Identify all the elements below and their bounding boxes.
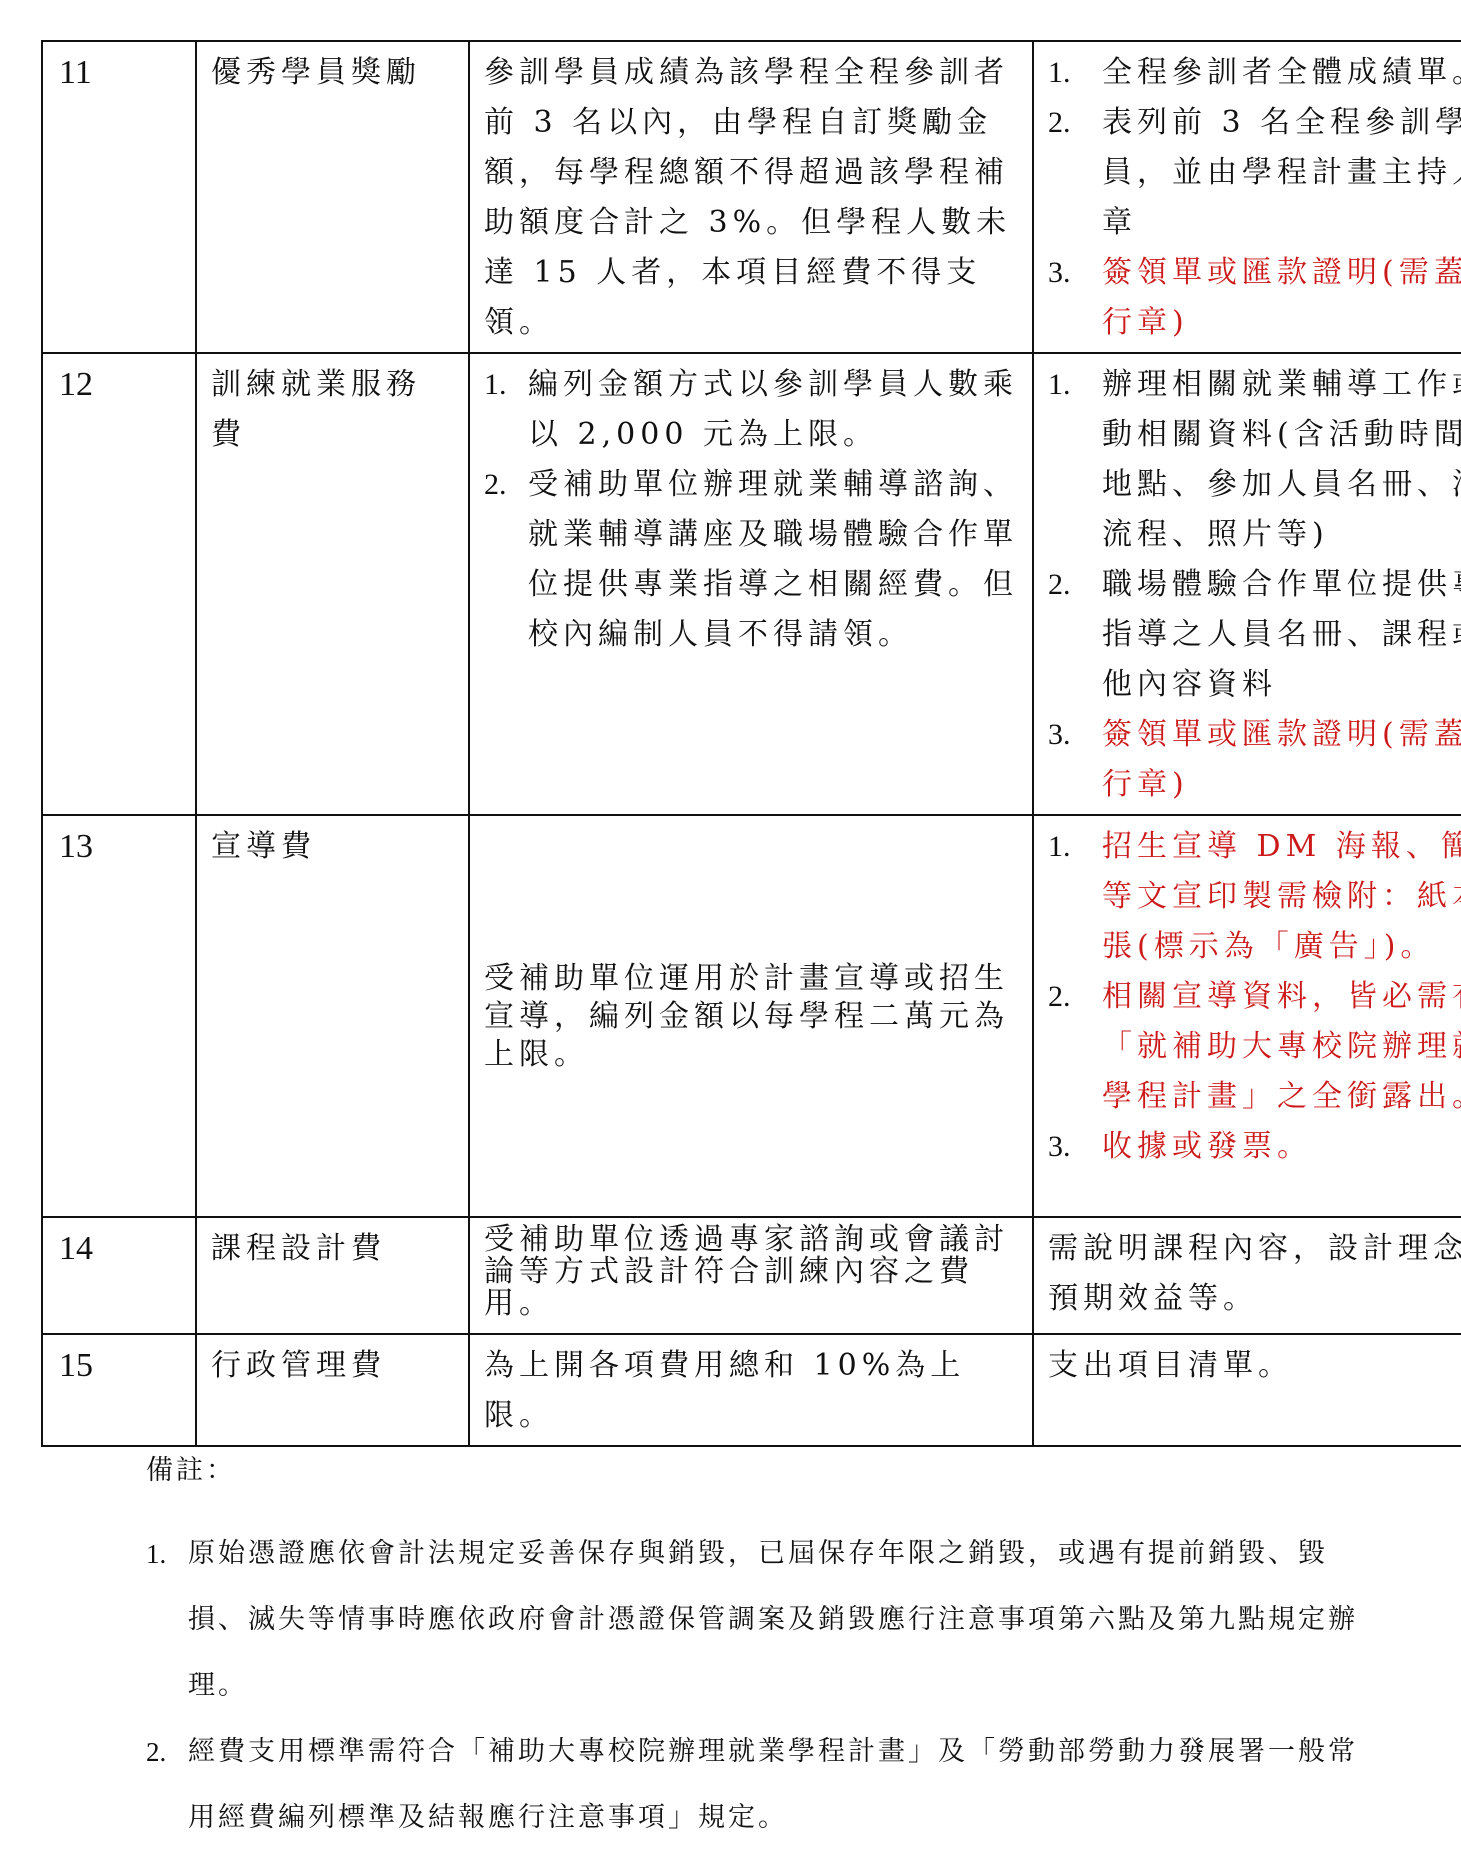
notes-title: 備註： bbox=[146, 1448, 1386, 1487]
item-name: 行政管理費 bbox=[196, 1334, 469, 1446]
document-item: 3.收據或發票。 bbox=[1048, 1122, 1461, 1172]
description-item: 2.受補助單位辦理就業輔導諮詢、就業輔導講座及職場體驗合作單位提供專業指導之相關… bbox=[484, 460, 1018, 660]
item-description: 1.編列金額方式以參訓學員人數乘以 2,000 元為上限。 2.受補助單位辦理就… bbox=[469, 353, 1033, 815]
item-number: 11 bbox=[42, 41, 196, 353]
item-description: 受補助單位透過專家諮詢或會議討論等方式設計符合訓練內容之費用。 bbox=[469, 1217, 1033, 1334]
table-row: 12 訓練就業服務費 1.編列金額方式以參訓學員人數乘以 2,000 元為上限。… bbox=[42, 353, 1461, 815]
item-number: 13 bbox=[42, 815, 196, 1217]
item-name: 優秀學員獎勵 bbox=[196, 41, 469, 353]
item-name: 訓練就業服務費 bbox=[196, 353, 469, 815]
document-item: 1.招生宣導 DM 海報、簡章等文宣印製需檢附：紙本樣張(標示為「廣告」)。 bbox=[1048, 822, 1461, 972]
description-item: 1.編列金額方式以參訓學員人數乘以 2,000 元為上限。 bbox=[484, 360, 1018, 460]
table-row: 13 宣導費 受補助單位運用於計畫宣導或招生宣導，編列金額以每學程二萬元為上限。… bbox=[42, 815, 1461, 1217]
document-item: 3.簽領單或匯款證明(需蓋銀行章) bbox=[1048, 248, 1461, 348]
document-item: 1.辦理相關就業輔導工作或活動相關資料(含活動時間、地點、參加人員名冊、活動流程… bbox=[1048, 360, 1461, 560]
item-description: 為上開各項費用總和 10%為上限。 bbox=[469, 1334, 1033, 1446]
notes-section: 備註： 1.原始憑證應依會計法規定妥善保存與銷毀，已屆保存年限之銷毀，或遇有提前… bbox=[146, 1448, 1386, 1851]
item-name: 宣導費 bbox=[196, 815, 469, 1217]
note-item: 2.經費支用標準需符合「補助大專校院辦理就業學程計畫」及「勞動部勞動力發展署一般… bbox=[146, 1719, 1386, 1851]
expense-standards-table: 11 優秀學員獎勵 參訓學員成績為該學程全程參訓者前 3 名以內，由學程自訂獎勵… bbox=[41, 40, 1461, 1447]
table-row: 15 行政管理費 為上開各項費用總和 10%為上限。 支出項目清單。 bbox=[42, 1334, 1461, 1446]
item-number: 15 bbox=[42, 1334, 196, 1446]
document-item: 2.職場體驗合作單位提供專業指導之人員名冊、課程或其他內容資料 bbox=[1048, 560, 1461, 710]
required-documents: 支出項目清單。 bbox=[1033, 1334, 1461, 1446]
table-row: 11 優秀學員獎勵 參訓學員成績為該學程全程參訓者前 3 名以內，由學程自訂獎勵… bbox=[42, 41, 1461, 353]
item-description: 受補助單位運用於計畫宣導或招生宣導，編列金額以每學程二萬元為上限。 bbox=[469, 815, 1033, 1217]
document-item: 1.全程參訓者全體成績單。 bbox=[1048, 48, 1461, 98]
required-documents: 1.全程參訓者全體成績單。 2.表列前 3 名全程參訓學員，並由學程計畫主持人簽… bbox=[1033, 41, 1461, 353]
required-documents: 需說明課程內容，設計理念及預期效益等。 bbox=[1033, 1217, 1461, 1334]
required-documents: 1.招生宣導 DM 海報、簡章等文宣印製需檢附：紙本樣張(標示為「廣告」)。 2… bbox=[1033, 815, 1461, 1217]
document-item: 3.簽領單或匯款證明(需蓋銀行章) bbox=[1048, 710, 1461, 810]
document-item: 2.相關宣導資料，皆必需有「就補助大專校院辦理就業學程計畫」之全銜露出。 bbox=[1048, 972, 1461, 1122]
document-item: 2.表列前 3 名全程參訓學員，並由學程計畫主持人簽章 bbox=[1048, 98, 1461, 248]
required-documents: 1.辦理相關就業輔導工作或活動相關資料(含活動時間、地點、參加人員名冊、活動流程… bbox=[1033, 353, 1461, 815]
note-item: 1.原始憑證應依會計法規定妥善保存與銷毀，已屆保存年限之銷毀，或遇有提前銷毀、毀… bbox=[146, 1521, 1386, 1719]
item-number: 14 bbox=[42, 1217, 196, 1334]
item-description: 參訓學員成績為該學程全程參訓者前 3 名以內，由學程自訂獎勵金額，每學程總額不得… bbox=[469, 41, 1033, 353]
table-row: 14 課程設計費 受補助單位透過專家諮詢或會議討論等方式設計符合訓練內容之費用。… bbox=[42, 1217, 1461, 1334]
item-name: 課程設計費 bbox=[196, 1217, 469, 1334]
item-number: 12 bbox=[42, 353, 196, 815]
